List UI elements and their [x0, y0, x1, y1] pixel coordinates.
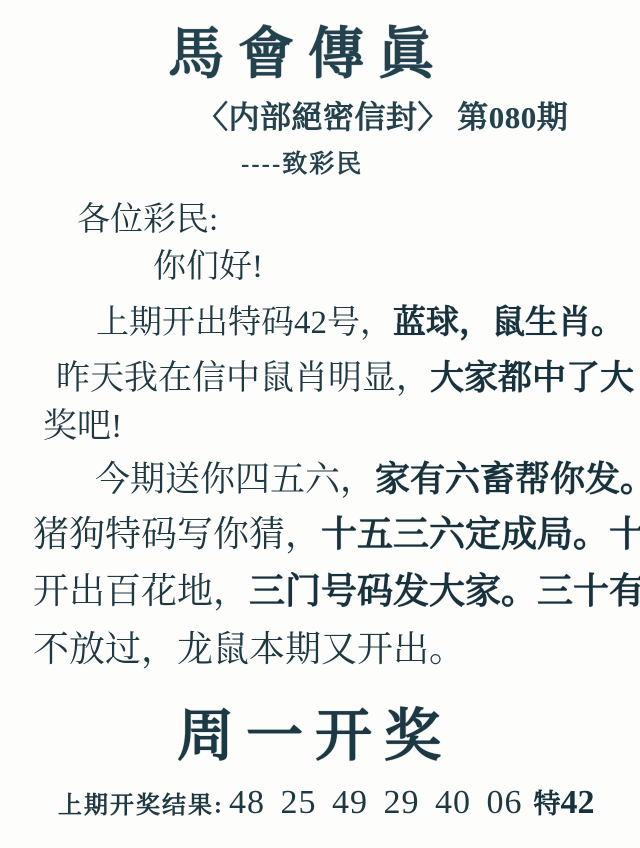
- special-number-label: 特: [534, 782, 561, 821]
- draw-day-heading: 周一开奖: [177, 690, 453, 772]
- body-line-5-bold: 十五三六定成局。十八: [321, 514, 640, 554]
- body-line-6-regular: 开出百花地，: [33, 571, 249, 611]
- body-line-3: 奖吧!: [43, 398, 122, 447]
- dedication-line: ----致彩民: [241, 144, 363, 180]
- previous-result-line: 上期开奖结果: 48 25 49 29 40 06 特 42: [58, 782, 595, 822]
- fax-sheet: 馬會傳眞 〈内部絕密信封〉 第080期 ----致彩民 各位彩民: 你们好! 上…: [0, 0, 640, 848]
- salutation: 各位彩民:: [77, 193, 218, 240]
- greeting: 你们好!: [153, 240, 263, 287]
- body-line-7: 不放过，龙鼠本期又开出。: [33, 621, 465, 672]
- body-line-6-bold: 三门号码发大家。三十有码: [249, 571, 640, 611]
- issue-subtitle: 〈内部絕密信封〉 第080期: [197, 92, 568, 137]
- result-label: 上期开奖结果:: [58, 785, 224, 820]
- page-title: 馬會傳眞: [168, 10, 448, 90]
- body-line-4-bold: 家有六畜帮你发。: [375, 460, 640, 499]
- result-numbers: 48 25 49 29 40 06: [229, 784, 523, 822]
- body-line-4: 今期送你四五六，家有六畜帮你发。: [95, 452, 640, 502]
- body-line-5: 猪狗特码写你猜，十五三六定成局。十八: [33, 506, 640, 557]
- body-line-1-regular: 上期开出特码42号，: [96, 305, 393, 341]
- body-line-3-regular: 奖吧!: [43, 408, 122, 445]
- special-number-value: 42: [561, 784, 595, 822]
- body-line-4-regular: 今期送你四五六，: [95, 460, 375, 499]
- body-line-1: 上期开出特码42号，蓝球，鼠生肖。: [96, 296, 624, 343]
- body-line-6: 开出百花地，三门号码发大家。三十有码: [33, 563, 640, 614]
- body-line-2: 昨天我在信中鼠肖明显，大家都中了大: [56, 350, 634, 399]
- body-line-2-regular: 昨天我在信中鼠肖明显，: [56, 360, 430, 397]
- body-line-1-bold: 蓝球，鼠生肖。: [393, 305, 624, 341]
- body-line-5-regular: 猪狗特码写你猜，: [33, 514, 321, 554]
- body-line-2-bold: 大家都中了大: [430, 360, 634, 397]
- body-line-7-regular: 不放过，龙鼠本期又开出。: [33, 629, 465, 669]
